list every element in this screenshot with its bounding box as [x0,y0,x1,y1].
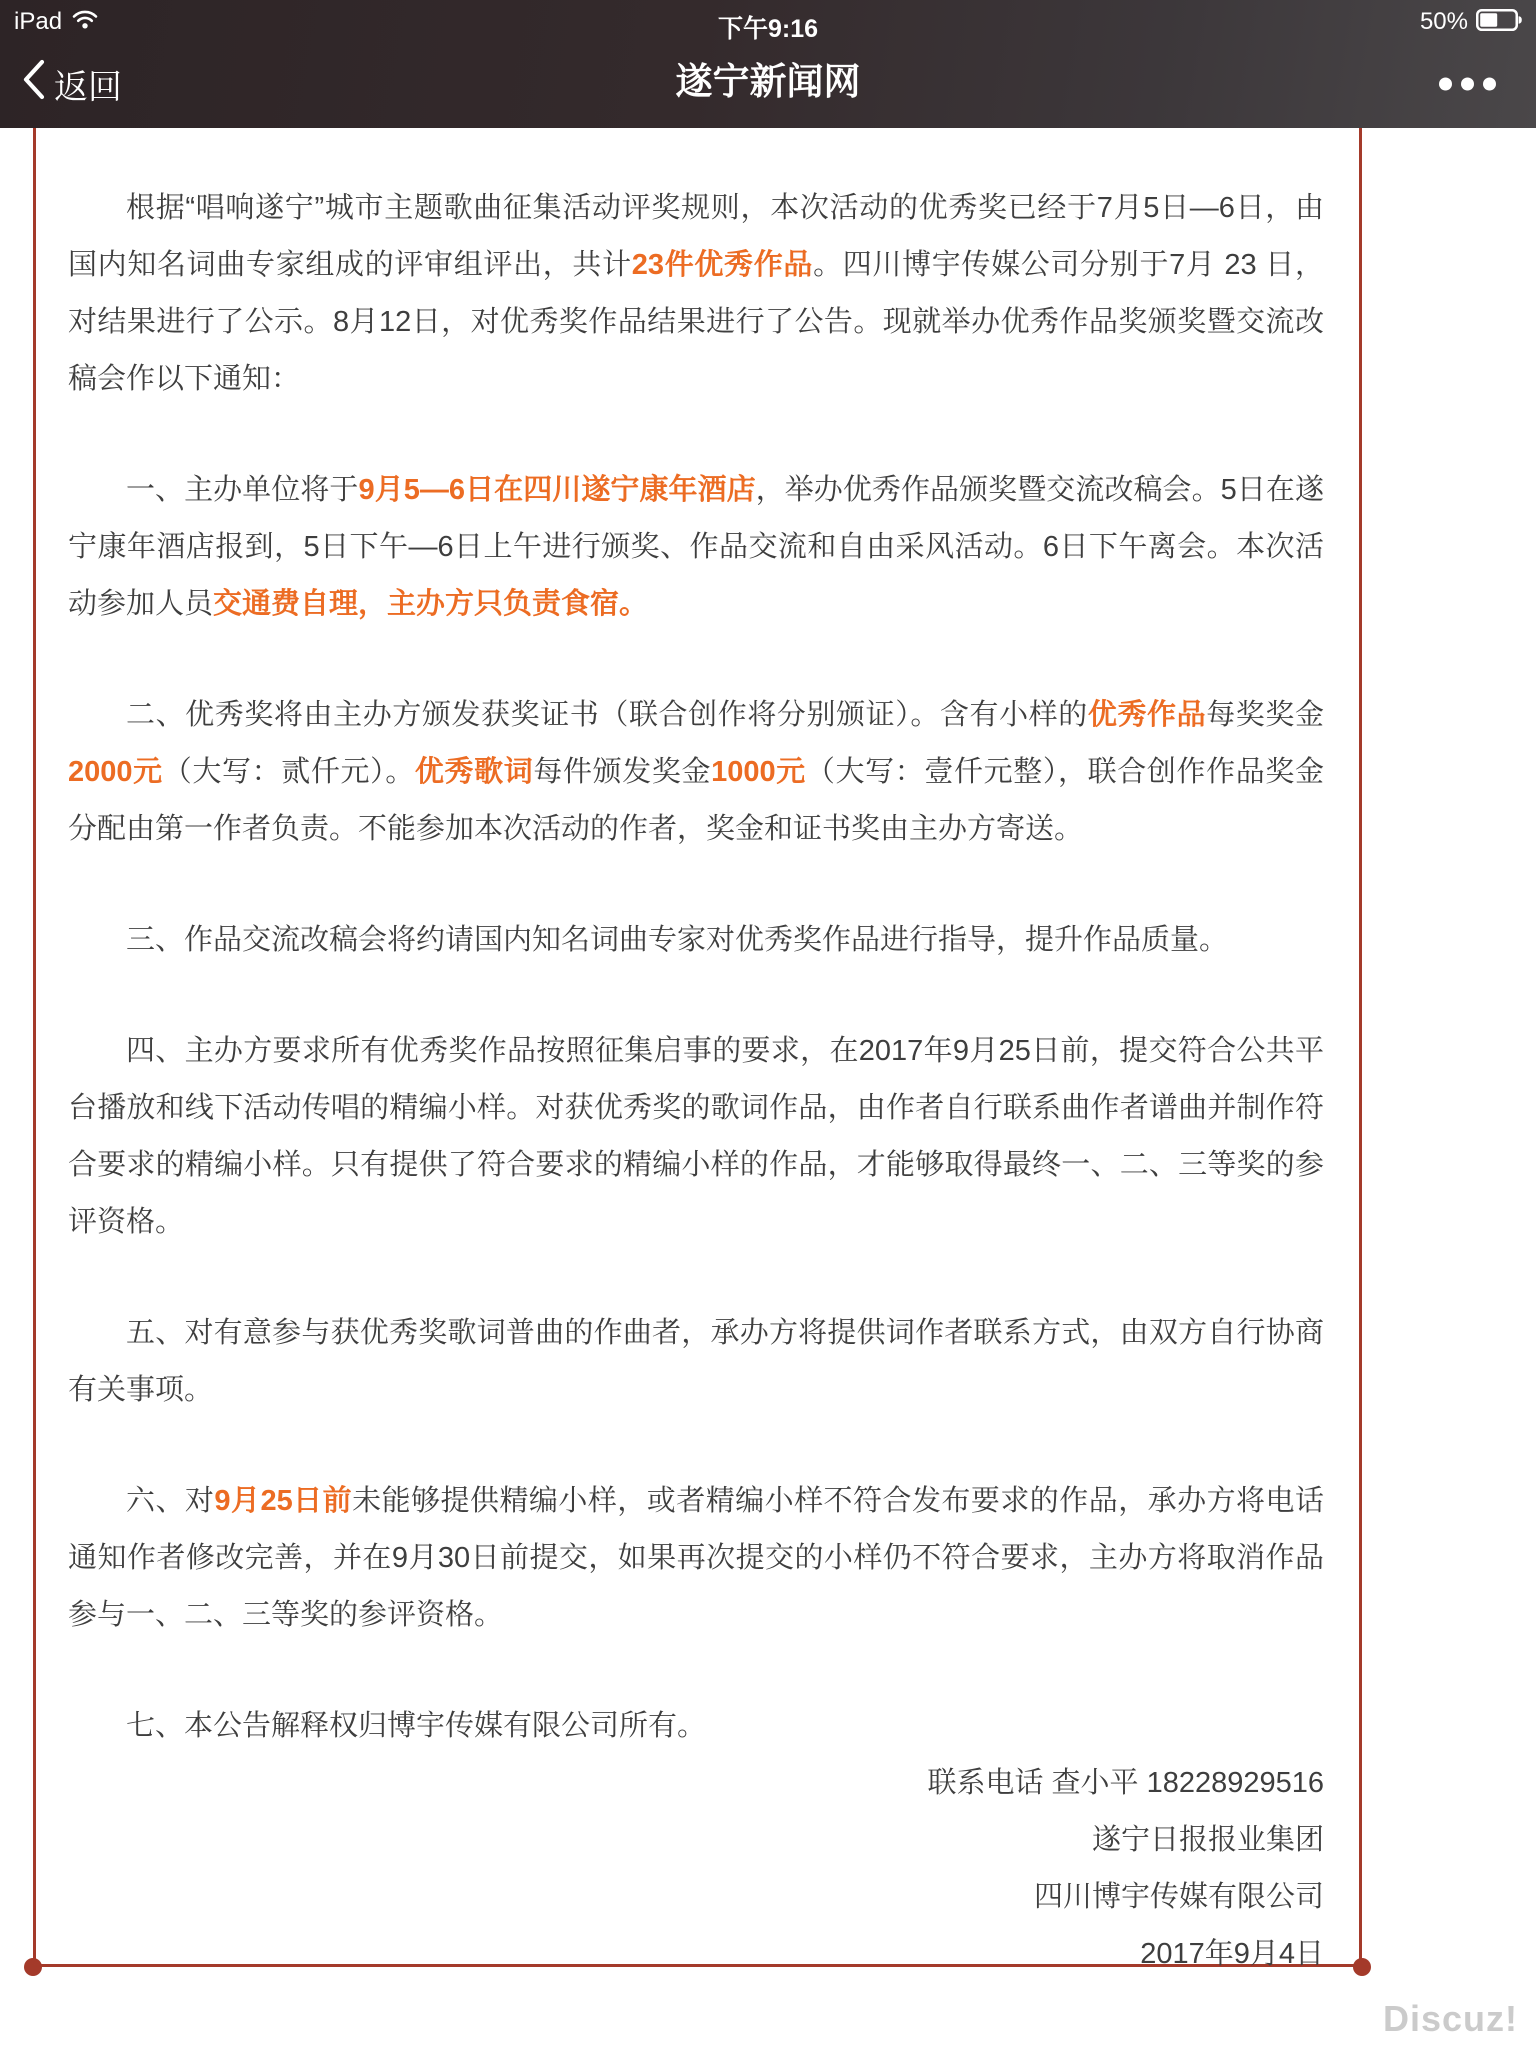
body-text: 每奖奖金 [1206,699,1324,731]
signature-block: 联系电话 查小平 18228929516遂宁日报报业集团四川博宇传媒有限公司20… [68,1755,1324,1983]
status-right: 50% [1420,4,1522,36]
header: iPad 下午9:16 50% [0,0,1536,128]
selection-handle-bottom-left [24,1958,42,1976]
signature-line: 四川博宇传媒有限公司 [68,1869,1324,1926]
back-label: 返回 [54,60,122,109]
body-text: 每件颁发奖金 [533,756,711,788]
wifi-icon [72,10,98,34]
paragraph: 根据“唱响遂宁”城市主题歌曲征集活动评奖规则，本次活动的优秀奖已经于7月5日—6… [68,180,1324,408]
signature-line: 2017年9月4日 [68,1926,1324,1983]
body-text: 一、主办单位将于 [126,474,359,506]
discuz-watermark: Discuz! [1383,1998,1518,2040]
chevron-left-icon [22,59,46,110]
body-text: 六、对 [126,1485,214,1517]
highlight-text: 9月25日前 [214,1485,352,1517]
article-frame: 根据“唱响遂宁”城市主题歌曲征集活动评奖规则，本次活动的优秀奖已经于7月5日—6… [33,128,1362,1967]
paragraph: 六、对9月25日前未能够提供精编小样，或者精编小样不符合发布要求的作品，承办方将… [68,1473,1324,1644]
paragraph: 五、对有意参与获优秀奖歌词普曲的作曲者，承办方将提供词作者联系方式，由双方自行协… [68,1305,1324,1419]
highlight-text: 23件优秀作品 [632,249,813,281]
highlight-text: 1000元 [711,756,806,788]
highlight-text: 2000元 [68,756,163,788]
back-button[interactable]: 返回 [22,59,122,110]
paragraph: 二、优秀奖将由主办方颁发获奖证书（联合创作将分别颁证）。含有小样的优秀作品每奖奖… [68,687,1324,858]
signature-line: 联系电话 查小平 18228929516 [68,1755,1324,1812]
status-bar: iPad 下午9:16 50% [0,0,1536,40]
ellipsis-icon [1439,78,1496,91]
battery-percent: 50% [1420,8,1468,36]
paragraph: 三、作品交流改稿会将约请国内知名词曲专家对优秀奖作品进行指导，提升作品质量。 [68,912,1324,969]
body-text: 七、本公告解释权归博宇传媒有限公司所有。 [126,1710,706,1742]
page-title: 遂宁新闻网 [0,40,1536,124]
battery-icon [1476,9,1522,36]
signature-line: 遂宁日报报业集团 [68,1812,1324,1869]
body-text: 五、对有意参与获优秀奖歌词普曲的作曲者，承办方将提供词作者联系方式，由双方自行协… [68,1317,1324,1406]
body-text: 二、优秀奖将由主办方颁发获奖证书（联合创作将分别颁证）。含有小样的 [126,699,1088,731]
paragraph: 四、主办方要求所有优秀奖作品按照征集启事的要求，在2017年9月25日前，提交符… [68,1023,1324,1251]
article-body: 根据“唱响遂宁”城市主题歌曲征集活动评奖规则，本次活动的优秀奖已经于7月5日—6… [68,180,1324,1755]
selection-handle-bottom-right [1353,1958,1371,1976]
body-text: （大写：贰仟元）。 [163,756,415,788]
paragraph: 七、本公告解释权归博宇传媒有限公司所有。 [68,1698,1324,1755]
highlight-text: 交通费自理，主办方只负责食宿。 [213,588,648,620]
body-text: 三、作品交流改稿会将约请国内知名词曲专家对优秀奖作品进行指导，提升作品质量。 [126,924,1228,956]
more-button[interactable] [1435,68,1500,101]
body-text: 四、主办方要求所有优秀奖作品按照征集启事的要求，在2017年9月25日前，提交符… [68,1035,1324,1238]
ipad-screen: iPad 下午9:16 50% [0,0,1536,2048]
carrier-label: iPad [14,8,62,36]
nav-bar: 返回 遂宁新闻网 [0,40,1536,128]
highlight-text: 优秀歌词 [415,756,534,788]
highlight-text: 优秀作品 [1088,699,1206,731]
paragraph: 一、主办单位将于9月5—6日在四川遂宁康年酒店，举办优秀作品颁奖暨交流改稿会。5… [68,462,1324,633]
highlight-text: 9月5—6日在四川遂宁康年酒店 [359,474,756,506]
status-left: iPad [14,4,98,36]
